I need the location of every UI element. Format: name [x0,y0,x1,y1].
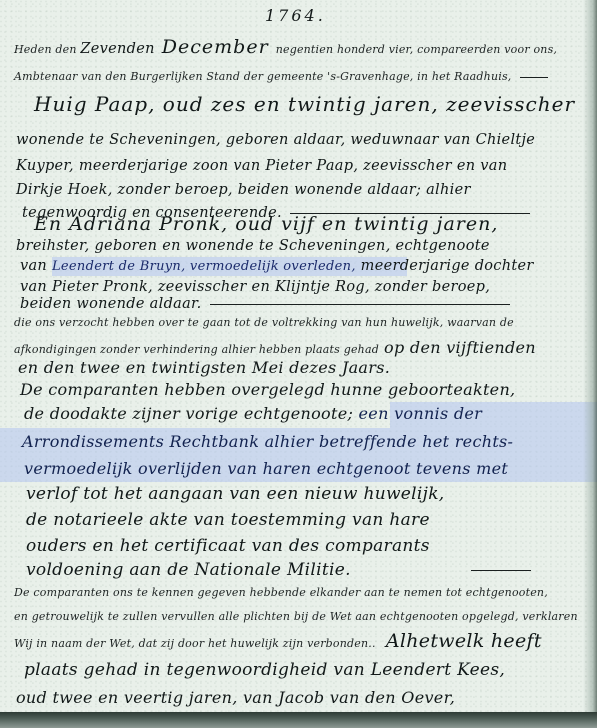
printed-text: Heden den [14,43,80,56]
highlighted-text: vermoedelijk overlijden van haren echtge… [24,459,508,478]
fill-line [520,77,548,78]
record-line-11: van Pieter Pronk, zeevisscher en Klijntj… [20,279,490,295]
year-heading: 1764. [265,6,326,25]
record-line-16: De comparanten hebben overgelegd hunne g… [20,380,515,399]
highlighted-text: Arrondissements Rechtbank alhier betreff… [22,432,513,451]
record-line-19: vermoedelijk overlijden van haren echtge… [24,459,508,478]
fill-line [210,304,510,305]
record-line-18: Arrondissements Rechtbank alhier betreff… [22,432,513,451]
handwritten-text: verlof tot het aangaan van een nieuw huw… [26,484,445,504]
record-line-23: voldoening aan de Nationale Militie. [26,560,531,580]
fill-line [471,570,531,571]
handwritten-text: van Pieter Pronk, zeevisscher en Klijntj… [20,279,490,295]
record-line-28: oud twee en veertig jaren, van Jacob van… [16,688,455,707]
handwritten-text: Dirkje Hoek, zonder beroep, beiden wonen… [16,182,471,198]
handwritten-text: wonende te Scheveningen, geboren aldaar,… [16,132,535,148]
record-line-13: die ons verzocht hebben over te gaan tot… [14,316,514,329]
handwritten-text: voldoening aan de Nationale Militie. [26,560,351,580]
handwritten-text: En Adriana Pronk, oud vijf en twintig ja… [34,213,498,235]
record-line-27: plaats gehad in tegenwoordigheid van Lee… [24,660,505,680]
bride-name-line: En Adriana Pronk, oud vijf en twintig ja… [34,213,498,235]
record-line-1: Heden den Zevenden December negentien ho… [14,36,557,58]
record-line-6: Dirkje Hoek, zonder beroep, beiden wonen… [16,182,471,198]
handwritten-text: oud twee en veertig jaren, van Jacob van… [16,688,455,707]
highlighted-text: Leendert de Bruyn, vermoedelijk overlede… [52,259,356,274]
record-line-12: beiden wonende aldaar. [20,296,510,312]
record-line-21: de notarieele akte van toestemming van h… [26,510,430,530]
handwritten-text: plaats gehad in tegenwoordigheid van Lee… [24,660,505,680]
record-line-2: Ambtenaar van den Burgerlijken Stand der… [14,70,548,83]
printed-text: afkondigingen zonder verhindering alhier… [14,343,379,356]
scan-edge-shadow [583,0,597,712]
handwritten-text: ouders en het certificaat van des compar… [26,536,430,556]
handwritten-text: breihster, geboren en wonende te Scheven… [16,238,490,254]
handwritten-text: De comparanten hebben overgelegd hunne g… [20,380,515,399]
handwritten-text: Kuyper, meerderjarige zoon van Pieter Pa… [16,158,507,174]
printed-text: Wij in naam der Wet, dat zij door het hu… [14,637,376,650]
handwritten-text: beiden wonende aldaar. [20,296,202,312]
printed-text: en getrouwelijk te zullen vervullen alle… [14,610,578,623]
handwritten-month: December [155,36,276,58]
document-page: 1764. Heden den Zevenden December negent… [0,0,597,712]
handwritten-text: de doodakte zijner vorige echtgenoote; [24,404,353,423]
record-line-5: Kuyper, meerderjarige zoon van Pieter Pa… [16,158,507,174]
record-line-26: Wij in naam der Wet, dat zij door het hu… [14,630,542,652]
record-line-22: ouders en het certificaat van des compar… [26,536,430,556]
handwritten-text: Huig Paap, oud zes en twintig jaren, zee… [34,92,575,116]
groom-name-line: Huig Paap, oud zes en twintig jaren, zee… [34,92,575,116]
handwritten-text: de notarieele akte van toestemming van h… [26,510,430,530]
record-line-15: en den twee en twintigsten Mei dezes Jaa… [18,358,390,377]
scan-bottom-edge [0,712,597,728]
handwritten-text: en den twee en twintigsten Mei dezes Jaa… [18,358,390,377]
record-line-25: en getrouwelijk te zullen vervullen alle… [14,610,578,623]
handwritten-text: meerderjarige dochter [356,258,534,274]
highlighted-text: een vonnis der [353,404,482,423]
handwritten-text: op den vijftienden [384,338,536,357]
printed-text: Ambtenaar van den Burgerlijken Stand der… [14,70,512,83]
printed-text: die ons verzocht hebben over te gaan tot… [14,316,514,329]
handwritten-text: Alhetwelk heeft [386,630,542,652]
record-line-17: de doodakte zijner vorige echtgenoote; e… [24,404,482,423]
printed-text: negentien honderd vier, compareerden voo… [276,43,557,56]
record-line-14: afkondigingen zonder verhindering alhier… [14,338,536,357]
handwritten-day: Zevenden [80,41,154,57]
record-line-10: van Leendert de Bruyn, vermoedelijk over… [20,258,534,274]
record-line-4: wonende te Scheveningen, geboren aldaar,… [16,132,535,148]
handwritten-text: van [20,258,52,274]
record-line-20: verlof tot het aangaan van een nieuw huw… [26,484,445,504]
record-line-9: breihster, geboren en wonende te Scheven… [16,238,490,254]
record-line-24: De comparanten ons te kennen gegeven heb… [14,586,548,599]
printed-text: De comparanten ons te kennen gegeven heb… [14,586,548,599]
